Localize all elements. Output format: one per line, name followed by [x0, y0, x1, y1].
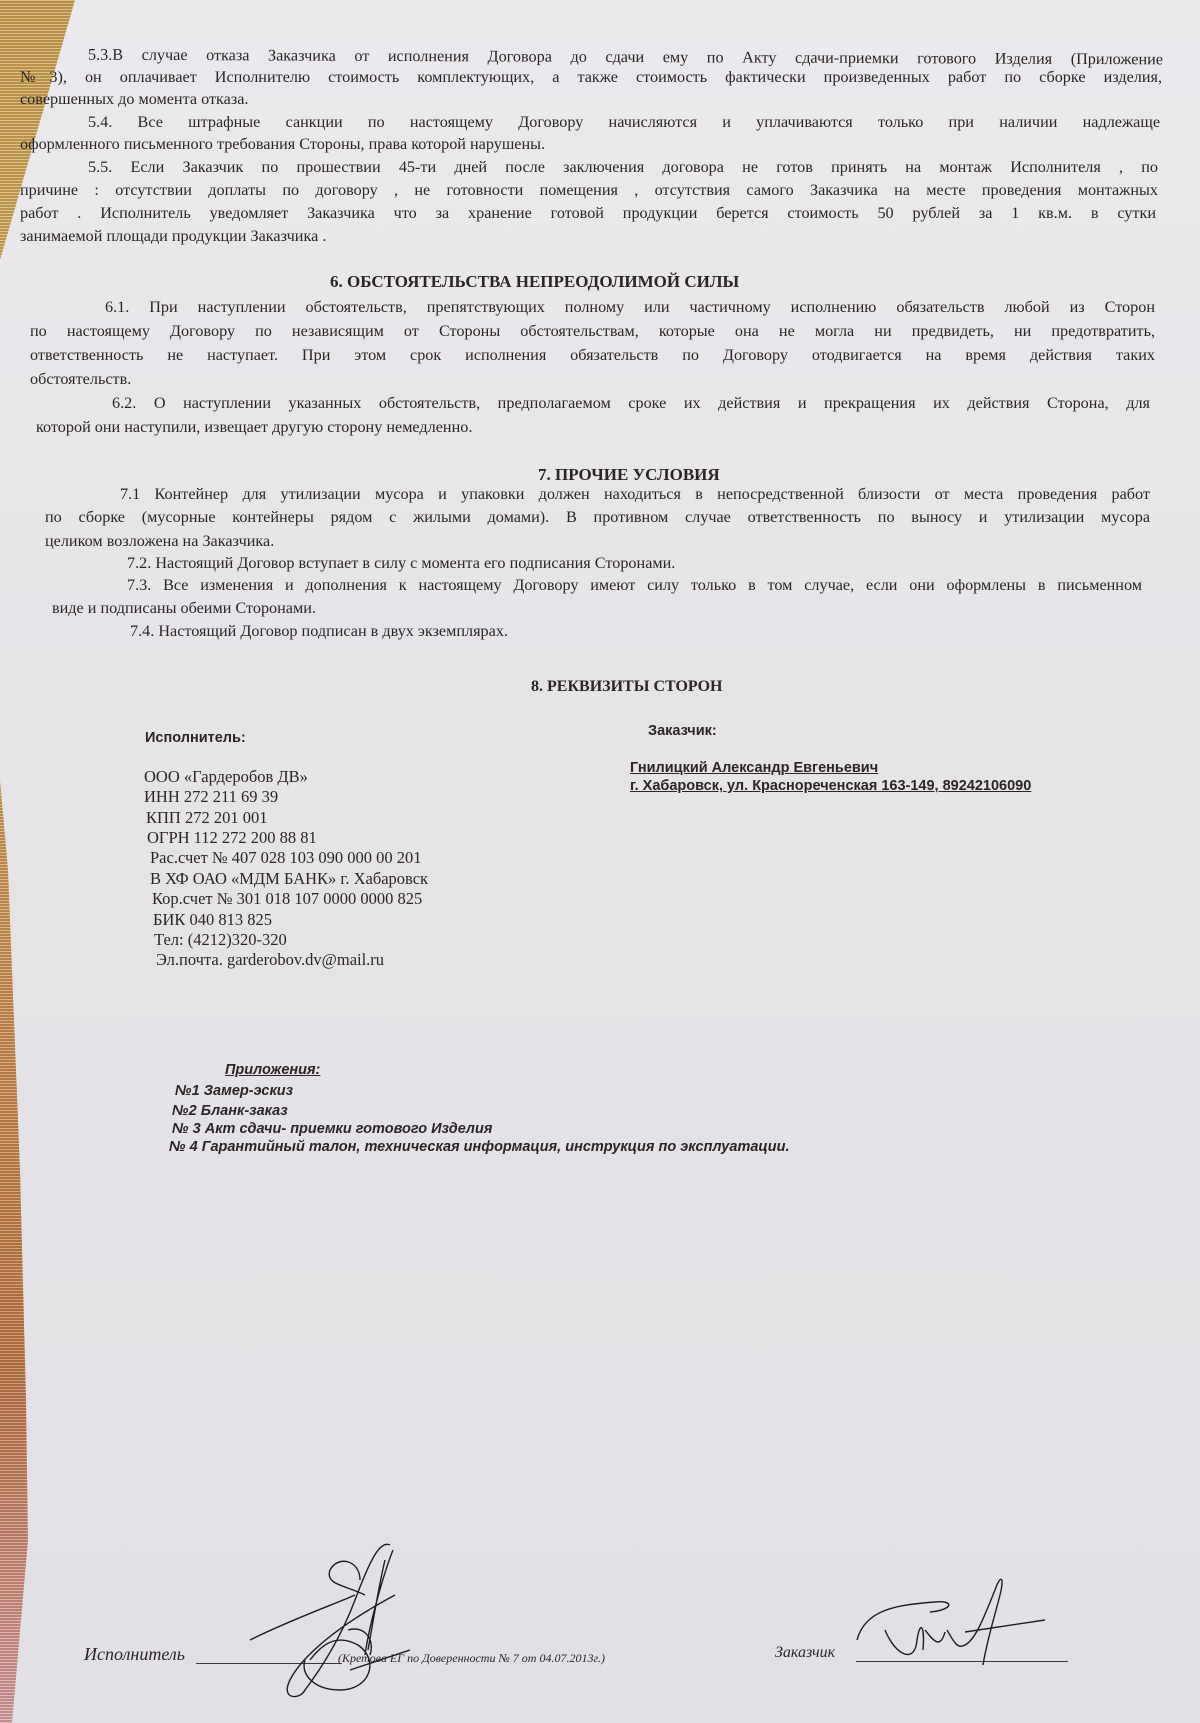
clause-5-4-line-1: 5.4. Все штрафные санкции по настоящему …: [88, 112, 1160, 132]
appendices-title: Приложения:: [225, 1060, 320, 1081]
clause-7-1-line-3: целиком возложена на Заказчика.: [45, 531, 274, 551]
clause-5-3-line-3: совершенных до момента отказа.: [20, 89, 248, 109]
clause-5-5-line-2: причине : отсутствии доплаты по договору…: [20, 180, 1158, 200]
clause-7-3-line-2: виде и подписаны обеими Сторонами.: [52, 598, 316, 618]
contractor-signature: [230, 1540, 450, 1700]
contractor-corr-account: Кор.счет № 301 018 107 0000 0000 825: [152, 889, 422, 910]
clause-7-3-line-1: 7.3. Все изменения и дополнения к настоя…: [127, 575, 1142, 595]
clause-7-1-line-2: по сборке (мусорные контейнеры рядом с ж…: [45, 507, 1150, 527]
clause-5-5-line-4: занимаемой площади продукции Заказчика .: [20, 226, 326, 246]
clause-5-5-line-1: 5.5. Если Заказчик по прошествии 45-ти д…: [88, 157, 1158, 177]
clause-6-1-line-3: ответственность не наступает. При этом с…: [30, 345, 1155, 365]
contractor-email: Эл.почта. garderobov.dv@mail.ru: [156, 950, 384, 971]
clause-7-4: 7.4. Настоящий Договор подписан в двух э…: [130, 621, 508, 641]
contractor-label: Исполнитель:: [145, 728, 246, 749]
customer-address: г. Хабаровск, ул. Красноречeнская 163-14…: [630, 776, 1031, 797]
contractor-signature-label: Исполнитель: [84, 1644, 185, 1665]
contractor-ogrn: ОГРН 112 272 200 88 81: [147, 828, 317, 849]
section-6-title: 6. ОБСТОЯТЕЛЬСТВА НЕПРЕОДОЛИМОЙ СИЛЫ: [330, 272, 739, 292]
contractor-bik: БИК 040 813 825: [153, 910, 272, 931]
clause-7-1-line-1: 7.1 Контейнер для утилизации мусора и уп…: [120, 484, 1150, 504]
section-7-title: 7. ПРОЧИЕ УСЛОВИЯ: [538, 465, 720, 485]
appendix-item-1: №1 Замер-эскиз: [175, 1081, 293, 1102]
clause-5-3-line-1: 5.3.В случае отказа Заказчика от исполне…: [88, 47, 1163, 67]
contractor-company: ООО «Гардеробов ДВ»: [144, 767, 308, 788]
appendix-item-4: № 4 Гарантийный талон, техническая инфор…: [169, 1137, 790, 1158]
contractor-account: Рас.счет № 407 028 103 090 000 00 201: [150, 848, 422, 869]
contractor-inn: ИНН 272 211 69 39: [144, 787, 278, 808]
clause-5-5-line-3: работ . Исполнитель уведомляет Заказчика…: [20, 203, 1156, 223]
clause-7-2: 7.2. Настоящий Договор вступает в силу с…: [127, 553, 675, 573]
customer-signature-label: Заказчик: [775, 1643, 835, 1664]
clause-5-4-line-2: оформленного письменного требования Стор…: [20, 134, 545, 154]
clause-6-2-line-2: которой они наступили, извещает другую с…: [36, 417, 472, 437]
customer-label: Заказчик:: [648, 721, 717, 742]
clause-6-1-line-2: по настоящему Договору по независящим от…: [30, 321, 1155, 341]
clause-5-3-line-2: №3), он оплачивает Исполнителю стоимость…: [20, 67, 1162, 87]
clause-6-1-line-4: обстоятельств.: [30, 369, 131, 389]
clause-6-2-line-1: 6.2. О наступлении указанных обстоятельс…: [112, 393, 1150, 413]
section-8-title: 8. РЕКВИЗИТЫ СТОРОН: [531, 678, 722, 696]
contractor-bank: В ХФ ОАО «МДМ БАНК» г. Хабаровск: [150, 869, 428, 890]
contractor-phone: Тел: (4212)320-320: [154, 930, 287, 951]
customer-signature: [855, 1570, 1055, 1670]
clause-6-1-line-1: 6.1. При наступлении обстоятельств, преп…: [105, 297, 1155, 317]
contractor-kpp: КПП 272 201 001: [146, 808, 267, 829]
